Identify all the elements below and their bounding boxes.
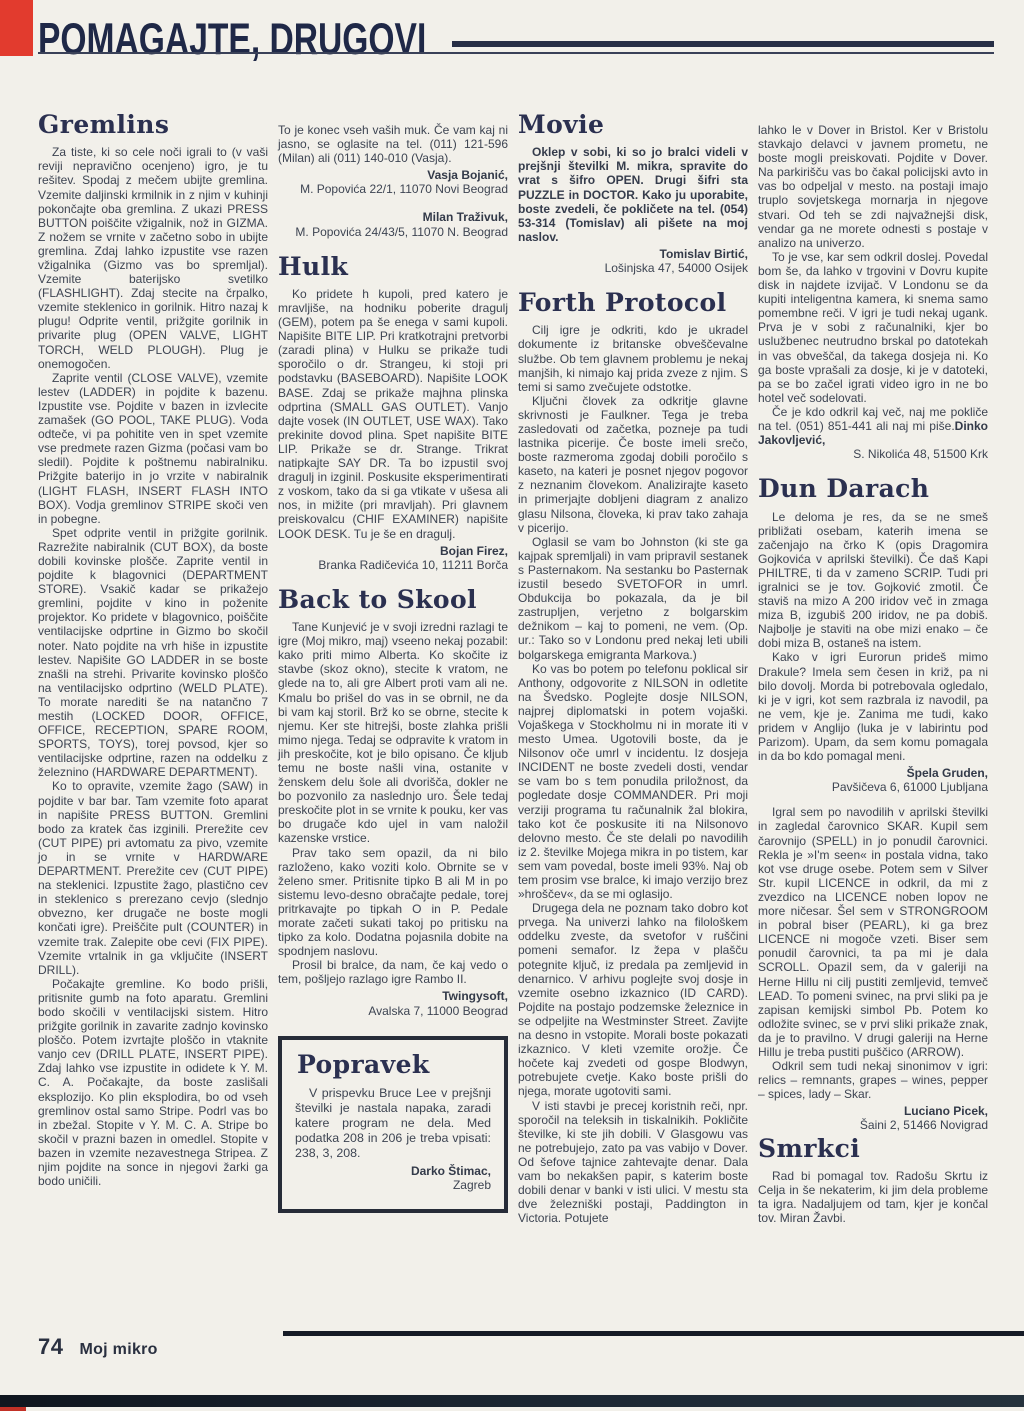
masthead-rule-thick bbox=[452, 41, 994, 47]
signature-name: Twingysoft, bbox=[278, 989, 508, 1003]
signature-address: Branka Radičevića 10, 11211 Borča bbox=[278, 558, 508, 572]
paragraph: Spet odprite ventil in prižgite gorilnik… bbox=[38, 526, 268, 780]
signature-name: Milan Traživuk, bbox=[278, 210, 508, 224]
column-4: lahko le v Dover in Bristol. Ker v Brist… bbox=[758, 112, 988, 1225]
section-heading-popravek: Popravek bbox=[297, 1052, 491, 1078]
signature-name: Tomislav Birtić, bbox=[518, 247, 748, 261]
masthead-rule-thin bbox=[38, 52, 994, 54]
paragraph: V prispevku Bruce Lee v prejšnji številk… bbox=[295, 1086, 491, 1161]
paragraph: Ko to opravite, vzemite žago (SAW) in po… bbox=[38, 779, 268, 976]
paragraph: Ko pridete h kupoli, pred katero je mrav… bbox=[278, 287, 508, 541]
signature-name: Špela Gruden, bbox=[758, 766, 988, 780]
signature-address: M. Popovića 22/1, 11070 Novi Beograd bbox=[278, 182, 508, 196]
scan-artifact-bottom-band bbox=[0, 1395, 1024, 1407]
signature-address: M. Popovića 24/43/5, 11070 N. Beograd bbox=[278, 225, 508, 239]
spacer bbox=[278, 199, 508, 207]
paragraph: Le deloma je res, da se ne smeš približa… bbox=[758, 510, 988, 651]
section-heading-movie: Movie bbox=[518, 112, 748, 138]
section-heading-forth-protocol: Forth Protocol bbox=[518, 290, 748, 316]
spacer bbox=[758, 797, 988, 805]
paragraph: Ključni človek za odkritje glavne skrivn… bbox=[518, 394, 748, 535]
paragraph: Kako v igri Eurorun prideš mimo Drakule?… bbox=[758, 650, 988, 763]
paragraph: Ko vas bo potem po telefonu poklical sir… bbox=[518, 662, 748, 902]
signature-address: Zagreb bbox=[295, 1178, 491, 1192]
paragraph: To je vse, kar sem odkril doslej. Poveda… bbox=[758, 250, 988, 405]
section-heading-smrkci: Smrkci bbox=[758, 1136, 988, 1162]
column-2: To je konec vseh vaših muk. Če vam kaj n… bbox=[278, 112, 508, 1225]
paragraph: Cilj igre je odkriti, kdo je ukradel dok… bbox=[518, 323, 748, 393]
paragraph-text: Če je kdo odkril kaj več, naj me pokliče… bbox=[758, 405, 988, 433]
section-heading-back-to-skool: Back to Skool bbox=[278, 587, 508, 613]
section-heading-gremlins: Gremlins bbox=[38, 112, 268, 138]
signature-name: Bojan Firez, bbox=[278, 544, 508, 558]
paragraph: lahko le v Dover in Bristol. Ker v Brist… bbox=[758, 123, 988, 250]
signature-address: Lošinjska 47, 54000 Osijek bbox=[518, 261, 748, 275]
paragraph: Počakajte gremline. Ko bodo prišli, prit… bbox=[38, 977, 268, 1188]
paragraph: Igral sem po navodilih v aprilski števil… bbox=[758, 805, 988, 1059]
paragraph: Oglasil se vam bo Johnston (ki ste ga ka… bbox=[518, 535, 748, 662]
footer-page-number: 74 bbox=[38, 1334, 63, 1360]
article-columns: Gremlins Za tiste, ki so cele noči igral… bbox=[38, 112, 988, 1225]
paragraph: Prosil bi bralce, da nam, če kaj vedo o … bbox=[278, 958, 508, 986]
section-heading-hulk: Hulk bbox=[278, 254, 508, 280]
signature-address: S. Nikolića 48, 51500 Krk bbox=[758, 447, 988, 461]
footer-magazine-name: Moj mikro bbox=[79, 1341, 157, 1359]
scan-artifact-red-top-left bbox=[0, 0, 33, 56]
paragraph: Drugega dela ne poznam tako dobro kot pr… bbox=[518, 901, 748, 1098]
page-title: POMAGAJTE, DRUGOVI bbox=[38, 14, 426, 64]
paragraph: Za tiste, ki so cele noči igrali to (v v… bbox=[38, 145, 268, 371]
signature-address: Pavšičeva 6, 61000 Ljubljana bbox=[758, 780, 988, 794]
paragraph: V isti stavbi je precej koristnih reči, … bbox=[518, 1099, 748, 1226]
column-1: Gremlins Za tiste, ki so cele noči igral… bbox=[38, 112, 268, 1225]
paragraph: Oklep v sobi, ki so jo bralci videli v p… bbox=[518, 145, 748, 244]
signature-address: Šaini 2, 51466 Novigrad bbox=[758, 1118, 988, 1132]
paragraph: Odkril sem tudi nekaj sinonimov v igri: … bbox=[758, 1059, 988, 1101]
scan-artifact-line bbox=[283, 1331, 1024, 1336]
signature-name: Luciano Picek, bbox=[758, 1104, 988, 1118]
popravek-box: Popravek V prispevku Bruce Lee v prejšnj… bbox=[278, 1036, 508, 1213]
paragraph: To je konec vseh vaših muk. Če vam kaj n… bbox=[278, 123, 508, 165]
signature-name: Darko Štimac, bbox=[295, 1164, 491, 1178]
paragraph: Tane Kunjević je v svoji izredni razlagi… bbox=[278, 620, 508, 846]
signature-name: Vasja Bojanić, bbox=[278, 168, 508, 182]
paragraph: Rad bi pomagal tov. Radošu Skrtu iz Celj… bbox=[758, 1169, 988, 1225]
page-footer: 74 Moj mikro bbox=[38, 1334, 158, 1360]
signature-address: Avalska 7, 11000 Beograd bbox=[278, 1004, 508, 1018]
section-heading-dun-darach: Dun Darach bbox=[758, 476, 988, 502]
column-3: Movie Oklep v sobi, ki so jo bralci vide… bbox=[518, 112, 748, 1225]
paragraph: Zaprite ventil (CLOSE VALVE), vzemite le… bbox=[38, 371, 268, 526]
paragraph: Če je kdo odkril kaj več, naj me pokliče… bbox=[758, 405, 988, 447]
paragraph: Prav tako sem opazil, da ni bilo razlože… bbox=[278, 846, 508, 959]
